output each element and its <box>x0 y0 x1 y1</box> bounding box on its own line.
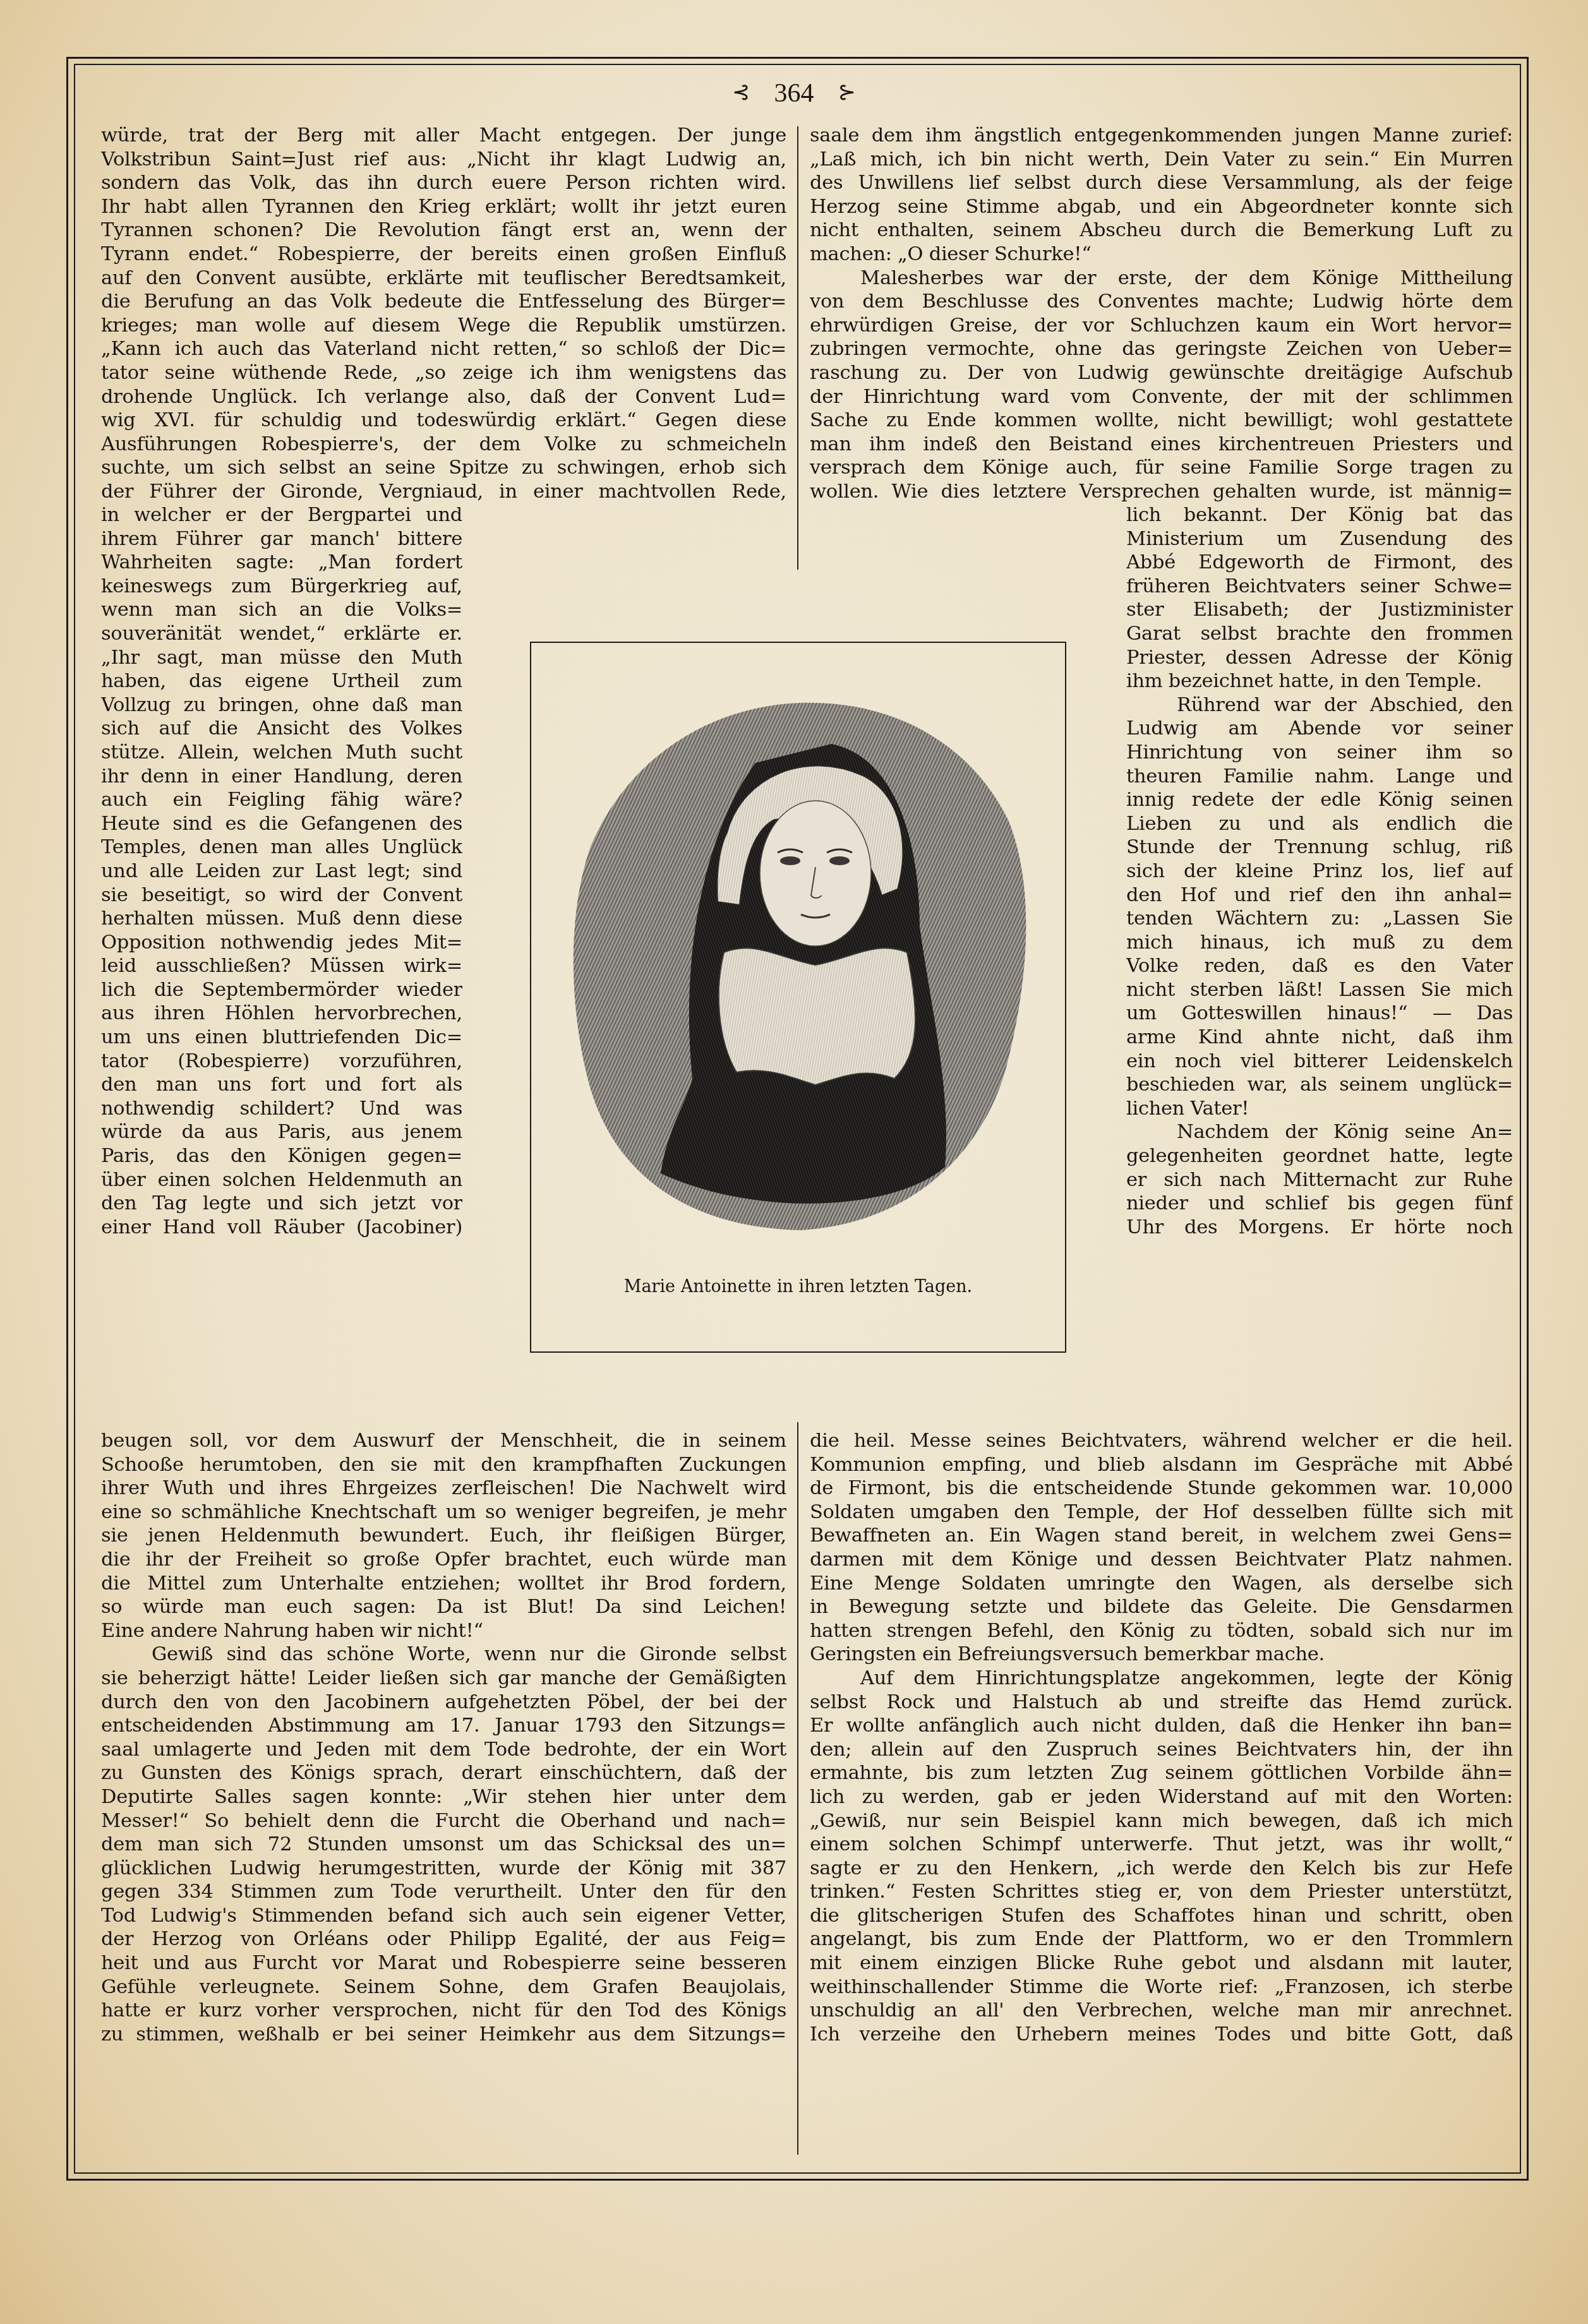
text-line: der Herzog von Orléans oder Philipp Egal… <box>101 1927 786 1951</box>
text-line: auf den Convent ausübte, erklärte mit te… <box>101 267 786 290</box>
text-line: beugen soll, vor dem Auswurf der Menschh… <box>101 1429 786 1453</box>
text-line: lich die Septembermörder wieder <box>101 978 462 1002</box>
text-line: Messer!“ So behielt denn die Furcht die … <box>101 1809 786 1833</box>
text-line: Stunde der Trennung schlug, riß <box>1126 836 1513 860</box>
text-line: leid ausschließen? Müssen wirk= <box>101 954 462 978</box>
text-line: sie jenen Heldenmuth bewundert. Euch, ih… <box>101 1524 786 1548</box>
ornament-left-icon: ⊰ <box>732 77 750 109</box>
text-line: Ausführungen Robespierre's, der dem Volk… <box>101 433 786 457</box>
text-line: Uhr des Morgens. Er hörte noch <box>1126 1216 1513 1240</box>
ornament-right-icon: ⊱ <box>838 77 857 109</box>
text-line: Volkstribun Saint=Just rief aus: „Nicht … <box>101 148 786 172</box>
text-line: sie beseitigt, so wird der Convent <box>101 883 462 907</box>
text-line: drohende Unglück. Ich verlange also, daß… <box>101 385 786 409</box>
text-line: würde da aus Paris, aus jenem <box>101 1120 462 1144</box>
text-line: in Bewegung setzte und bildete das Gelei… <box>810 1595 1513 1619</box>
text-line: Lieben zu und als endlich die <box>1126 812 1513 836</box>
text-line: dem man sich 72 Stunden umsonst um das S… <box>101 1833 786 1857</box>
figure-caption: Marie Antoinette in ihren letzten Tagen. <box>531 1277 1065 1297</box>
text-line: darmen mit dem Könige und dessen Beichtv… <box>810 1548 1513 1572</box>
left-column-bottom: beugen soll, vor dem Auswurf der Menschh… <box>101 1429 786 2046</box>
text-line: einem solchen Schimpf unterwerfe. Thut j… <box>810 1833 1513 1857</box>
text-line: selbst Rock und Halstuch ab und streifte… <box>810 1691 1513 1715</box>
text-line: sagte er zu den Henkern, „ich werde den … <box>810 1857 1513 1881</box>
text-line: lichen Vater! <box>1126 1097 1513 1121</box>
text-line: er sich nach Mitternacht zur Ruhe <box>1126 1168 1513 1192</box>
right-column-top: saale dem ihm ängstlich entgegenkommende… <box>810 124 1513 504</box>
text-line: Tyrannen schonen? Die Revolution fängt e… <box>101 219 786 243</box>
text-line: die heil. Messe seines Beichtvaters, wäh… <box>810 1429 1513 1453</box>
text-line: würde, trat der Berg mit aller Macht ent… <box>101 124 786 148</box>
text-line: Er wollte anfänglich auch nicht dulden, … <box>810 1714 1513 1738</box>
text-line: Malesherbes war der erste, der dem König… <box>810 267 1513 290</box>
text-line: Deputirte Salles sagen konnte: „Wir steh… <box>101 1785 786 1809</box>
text-line: Kommunion empfing, und blieb alsdann im … <box>810 1453 1513 1477</box>
text-line: sich der kleine Prinz los, lief auf <box>1126 860 1513 883</box>
text-line: ihm bezeichnet hatte, in den Temple. <box>1126 669 1513 693</box>
text-line: wenn man sich an die Volks= <box>101 598 462 622</box>
text-line: Abbé Edgeworth de Firmont, des <box>1126 551 1513 575</box>
text-line: wollen. Wie dies letztere Versprechen ge… <box>810 480 1513 504</box>
text-line: ehrwürdigen Greise, der vor Schluchzen k… <box>810 314 1513 338</box>
text-line: ihr denn in einer Handlung, deren <box>101 765 462 789</box>
text-line: Vollzug zu bringen, ohne daß man <box>101 693 462 717</box>
text-line: „Kann ich auch das Vaterland nicht rette… <box>101 337 786 361</box>
text-line: auch ein Feigling fähig wäre? <box>101 788 462 812</box>
text-line: der Hinrichtung ward vom Convente, der m… <box>810 385 1513 409</box>
text-line: den; allein auf den Zuspruch seines Beic… <box>810 1738 1513 1762</box>
text-line: Soldaten umgaben den Temple, der Hof des… <box>810 1500 1513 1524</box>
text-line: ihrem Führer gar manch' bittere <box>101 527 462 551</box>
text-line: aus ihren Höhlen hervorbrechen, <box>101 1002 462 1026</box>
text-line: einer Hand voll Räuber (Jacobiner) <box>101 1216 462 1240</box>
text-line: saale dem ihm ängstlich entgegenkommende… <box>810 124 1513 148</box>
text-line: früheren Beichtvaters seiner Schwe= <box>1126 575 1513 599</box>
text-line: suchte, um sich selbst an seine Spitze z… <box>101 456 786 480</box>
text-line: tator (Robespierre) vorzuführen, <box>101 1050 462 1074</box>
text-line: Ihr habt allen Tyrannen den Krieg erklär… <box>101 195 786 219</box>
text-line: Ich verzeihe den Urhebern meines Todes u… <box>810 2023 1513 2047</box>
text-line: Herzog seine Stimme abgab, und ein Abgeo… <box>810 195 1513 219</box>
text-line: sich auf die Ansicht des Volkes <box>101 717 462 741</box>
text-line: nothwendig schildert? Und was <box>101 1097 462 1121</box>
text-line: Volke reden, daß es den Vater <box>1126 954 1513 978</box>
text-line: heit und aus Furcht vor Marat und Robesp… <box>101 1951 786 1975</box>
text-line: die Berufung an das Volk bedeute die Ent… <box>101 290 786 314</box>
text-line: sondern das Volk, das ihn durch euere Pe… <box>101 171 786 195</box>
page-number: 364 <box>774 79 814 108</box>
text-line: hatte er kurz vorher versprochen, nicht … <box>101 1999 786 2023</box>
text-line: Wahrheiten sagte: „Man fordert <box>101 551 462 575</box>
text-line: gegen 334 Stimmen zum Tode verurtheilt. … <box>101 1880 786 1904</box>
text-line: beschieden war, als seinem unglück= <box>1126 1073 1513 1097</box>
text-line: Eine Menge Soldaten umringte den Wagen, … <box>810 1572 1513 1596</box>
text-line: zu Gunsten des Königs sprach, derart ein… <box>101 1761 786 1785</box>
text-line: saal umlagerte und Jeden mit dem Tode be… <box>101 1738 786 1762</box>
right-column-bottom: die heil. Messe seines Beichtvaters, wäh… <box>810 1429 1513 2046</box>
text-line: Gewiß sind das schöne Worte, wenn nur di… <box>101 1643 786 1667</box>
text-line: man ihm indeß den Beistand eines kirchen… <box>810 433 1513 457</box>
text-line: Temples, denen man alles Unglück <box>101 836 462 860</box>
text-line: glücklichen Ludwig herumgestritten, wurd… <box>101 1857 786 1881</box>
text-line: Gefühle verleugnete. Seinem Sohne, dem G… <box>101 1975 786 1999</box>
text-line: Garat selbst brachte den frommen <box>1126 622 1513 646</box>
text-line: Ministerium um Zusendung des <box>1126 527 1513 551</box>
text-line: den man uns fort und fort als <box>101 1073 462 1097</box>
text-line: wig XVI. für schuldig und todeswürdig er… <box>101 409 786 433</box>
text-line: innig redete der edle König seinen <box>1126 788 1513 812</box>
text-line: Opposition nothwendig jedes Mit= <box>101 931 462 955</box>
text-line: Heute sind es die Gefangenen des <box>101 812 462 836</box>
text-line: ein noch viel bitterer Leidenskelch <box>1126 1050 1513 1074</box>
text-line: der Führer der Gironde, Vergniaud, in ei… <box>101 480 786 504</box>
text-line: weithinschallender Stimme die Worte rief… <box>810 1975 1513 1999</box>
text-line: Rührend war der Abschied, den <box>1126 693 1513 717</box>
text-line: tator seine wüthende Rede, „so zeige ich… <box>101 361 786 385</box>
text-line: Bewaffneten an. Ein Wagen stand bereit, … <box>810 1524 1513 1548</box>
text-line: gelegenheiten geordnet hatte, legte <box>1126 1144 1513 1168</box>
text-line: mit einem einzigen Blicke Ruhe gebot und… <box>810 1951 1513 1975</box>
text-line: stütze. Allein, welchen Muth sucht <box>101 741 462 765</box>
text-line: die ihr der Freiheit so große Opfer brac… <box>101 1548 786 1572</box>
text-line: mich hinaus, ich muß zu dem <box>1126 931 1513 955</box>
text-line: und alle Leiden zur Last legt; sind <box>101 860 462 883</box>
page-header: ⊰364⊱ <box>0 77 1588 109</box>
text-line: Geringsten ein Befreiungsversuch bemerkb… <box>810 1643 1513 1667</box>
text-line: Tod Ludwig's Stimmenden befand sich auch… <box>101 1904 786 1928</box>
text-line: den Hof und rief den ihn anhal= <box>1126 883 1513 907</box>
text-line: die glitscherigen Stufen des Schaffotes … <box>810 1904 1513 1928</box>
text-line: „Gewiß, nur sein Beispiel kann mich bewe… <box>810 1809 1513 1833</box>
text-line: zu stimmen, weßhalb er bei seiner Heimke… <box>101 2023 786 2047</box>
text-line: Schooße herumtoben, den sie mit den kram… <box>101 1453 786 1477</box>
text-line: theuren Familie nahm. Lange und <box>1126 765 1513 789</box>
text-line: keineswegs zum Bürgerkrieg auf, <box>101 575 462 599</box>
text-line: die Mittel zum Unterhalte entziehen; wol… <box>101 1572 786 1596</box>
right-column-beside-figure: lich bekannt. Der König bat dasMinisteri… <box>1126 503 1513 1239</box>
text-line: zubringen vermochte, ohne das geringste … <box>810 337 1513 361</box>
text-line: lich zu werden, gab er jeden Widerstand … <box>810 1785 1513 1809</box>
text-line: in welcher er der Bergpartei und <box>101 503 462 527</box>
figure-frame: Marie Antoinette in ihren letzten Tagen. <box>530 642 1066 1353</box>
text-line: souveränität wendet,“ erklärte er. <box>101 622 462 646</box>
text-line: von dem Beschlusse des Conventes machte;… <box>810 290 1513 314</box>
text-line: hatten strengen Befehl, den König zu töd… <box>810 1619 1513 1643</box>
text-line: eine so schmähliche Knechtschaft um so w… <box>101 1500 786 1524</box>
text-line: den Tag legte und sich jetzt vor <box>101 1192 462 1216</box>
text-line: Ludwig am Abende vor seiner <box>1126 717 1513 741</box>
portrait-engraving <box>566 687 1033 1243</box>
text-line: Hinrichtung von seiner ihm so <box>1126 741 1513 765</box>
text-line: raschung zu. Der von Ludwig gewünschte d… <box>810 361 1513 385</box>
text-line: entscheidenden Abstimmung am 17. Januar … <box>101 1714 786 1738</box>
text-line: krieges; man wolle auf diesem Wege die R… <box>101 314 786 338</box>
text-line: so würde man euch sagen: Da ist Blut! Da… <box>101 1595 786 1619</box>
text-line: Tyrann endet.“ Robespierre, der bereits … <box>101 243 786 267</box>
text-line: „Ihr sagt, man müsse den Muth <box>101 646 462 670</box>
text-line: „Laß mich, ich bin nicht werth, Dein Vat… <box>810 148 1513 172</box>
text-line: durch den von den Jacobinern aufgehetzte… <box>101 1691 786 1715</box>
text-line: versprach dem Könige auch, für seine Fam… <box>810 456 1513 480</box>
text-line: Priester, dessen Adresse der König <box>1126 646 1513 670</box>
text-line: nicht sterben läßt! Lassen Sie mich <box>1126 978 1513 1002</box>
text-line: Sache zu Ende kommen wollte, nicht bewil… <box>810 409 1513 433</box>
text-line: ihrer Wuth und ihres Ehrgeizes zerfleisc… <box>101 1476 786 1500</box>
text-line: um Gotteswillen hinaus!“ — Das <box>1126 1002 1513 1026</box>
text-line: unschuldig an all' den Verbrechen, welch… <box>810 1999 1513 2023</box>
text-line: nicht enthalten, seinem Abscheu durch di… <box>810 219 1513 243</box>
text-line: ermahnte, bis zum letzten Zug seinem göt… <box>810 1761 1513 1785</box>
text-line: ster Elisabeth; der Justizminister <box>1126 598 1513 622</box>
text-line: de Firmont, bis die entscheidende Stunde… <box>810 1476 1513 1500</box>
text-line: angelangt, bis zum Ende der Plattform, w… <box>810 1927 1513 1951</box>
text-line: Nachdem der König seine An= <box>1126 1120 1513 1144</box>
left-column-beside-figure: in welcher er der Bergpartei undihrem Fü… <box>101 503 462 1239</box>
text-line: um uns einen bluttriefenden Dic= <box>101 1026 462 1050</box>
text-line: trinken.“ Festen Schrittes stieg er, von… <box>810 1880 1513 1904</box>
text-line: tenden Wächtern zu: „Lassen Sie <box>1126 907 1513 931</box>
column-divider-top <box>797 126 798 570</box>
text-line: Auf dem Hinrichtungsplatze angekommen, l… <box>810 1667 1513 1691</box>
text-line: sie beherzigt hätte! Leider ließen sich … <box>101 1667 786 1691</box>
text-line: Paris, das den Königen gegen= <box>101 1144 462 1168</box>
left-column-top: würde, trat der Berg mit aller Macht ent… <box>101 124 786 504</box>
column-divider-bottom <box>797 1422 798 2155</box>
text-line: nieder und schlief bis gegen fünf <box>1126 1192 1513 1216</box>
text-line: machen: „O dieser Schurke!“ <box>810 243 1513 267</box>
text-line: des Unwillens lief selbst durch diese Ve… <box>810 171 1513 195</box>
text-line: Eine andere Nahrung haben wir nicht!“ <box>101 1619 786 1643</box>
text-line: über einen solchen Heldenmuth an <box>101 1168 462 1192</box>
text-line: haben, das eigene Urtheil zum <box>101 669 462 693</box>
text-line: lich bekannt. Der König bat das <box>1126 503 1513 527</box>
text-line: herhalten müssen. Muß denn diese <box>101 907 462 931</box>
text-line: arme Kind ahnte nicht, daß ihm <box>1126 1026 1513 1050</box>
